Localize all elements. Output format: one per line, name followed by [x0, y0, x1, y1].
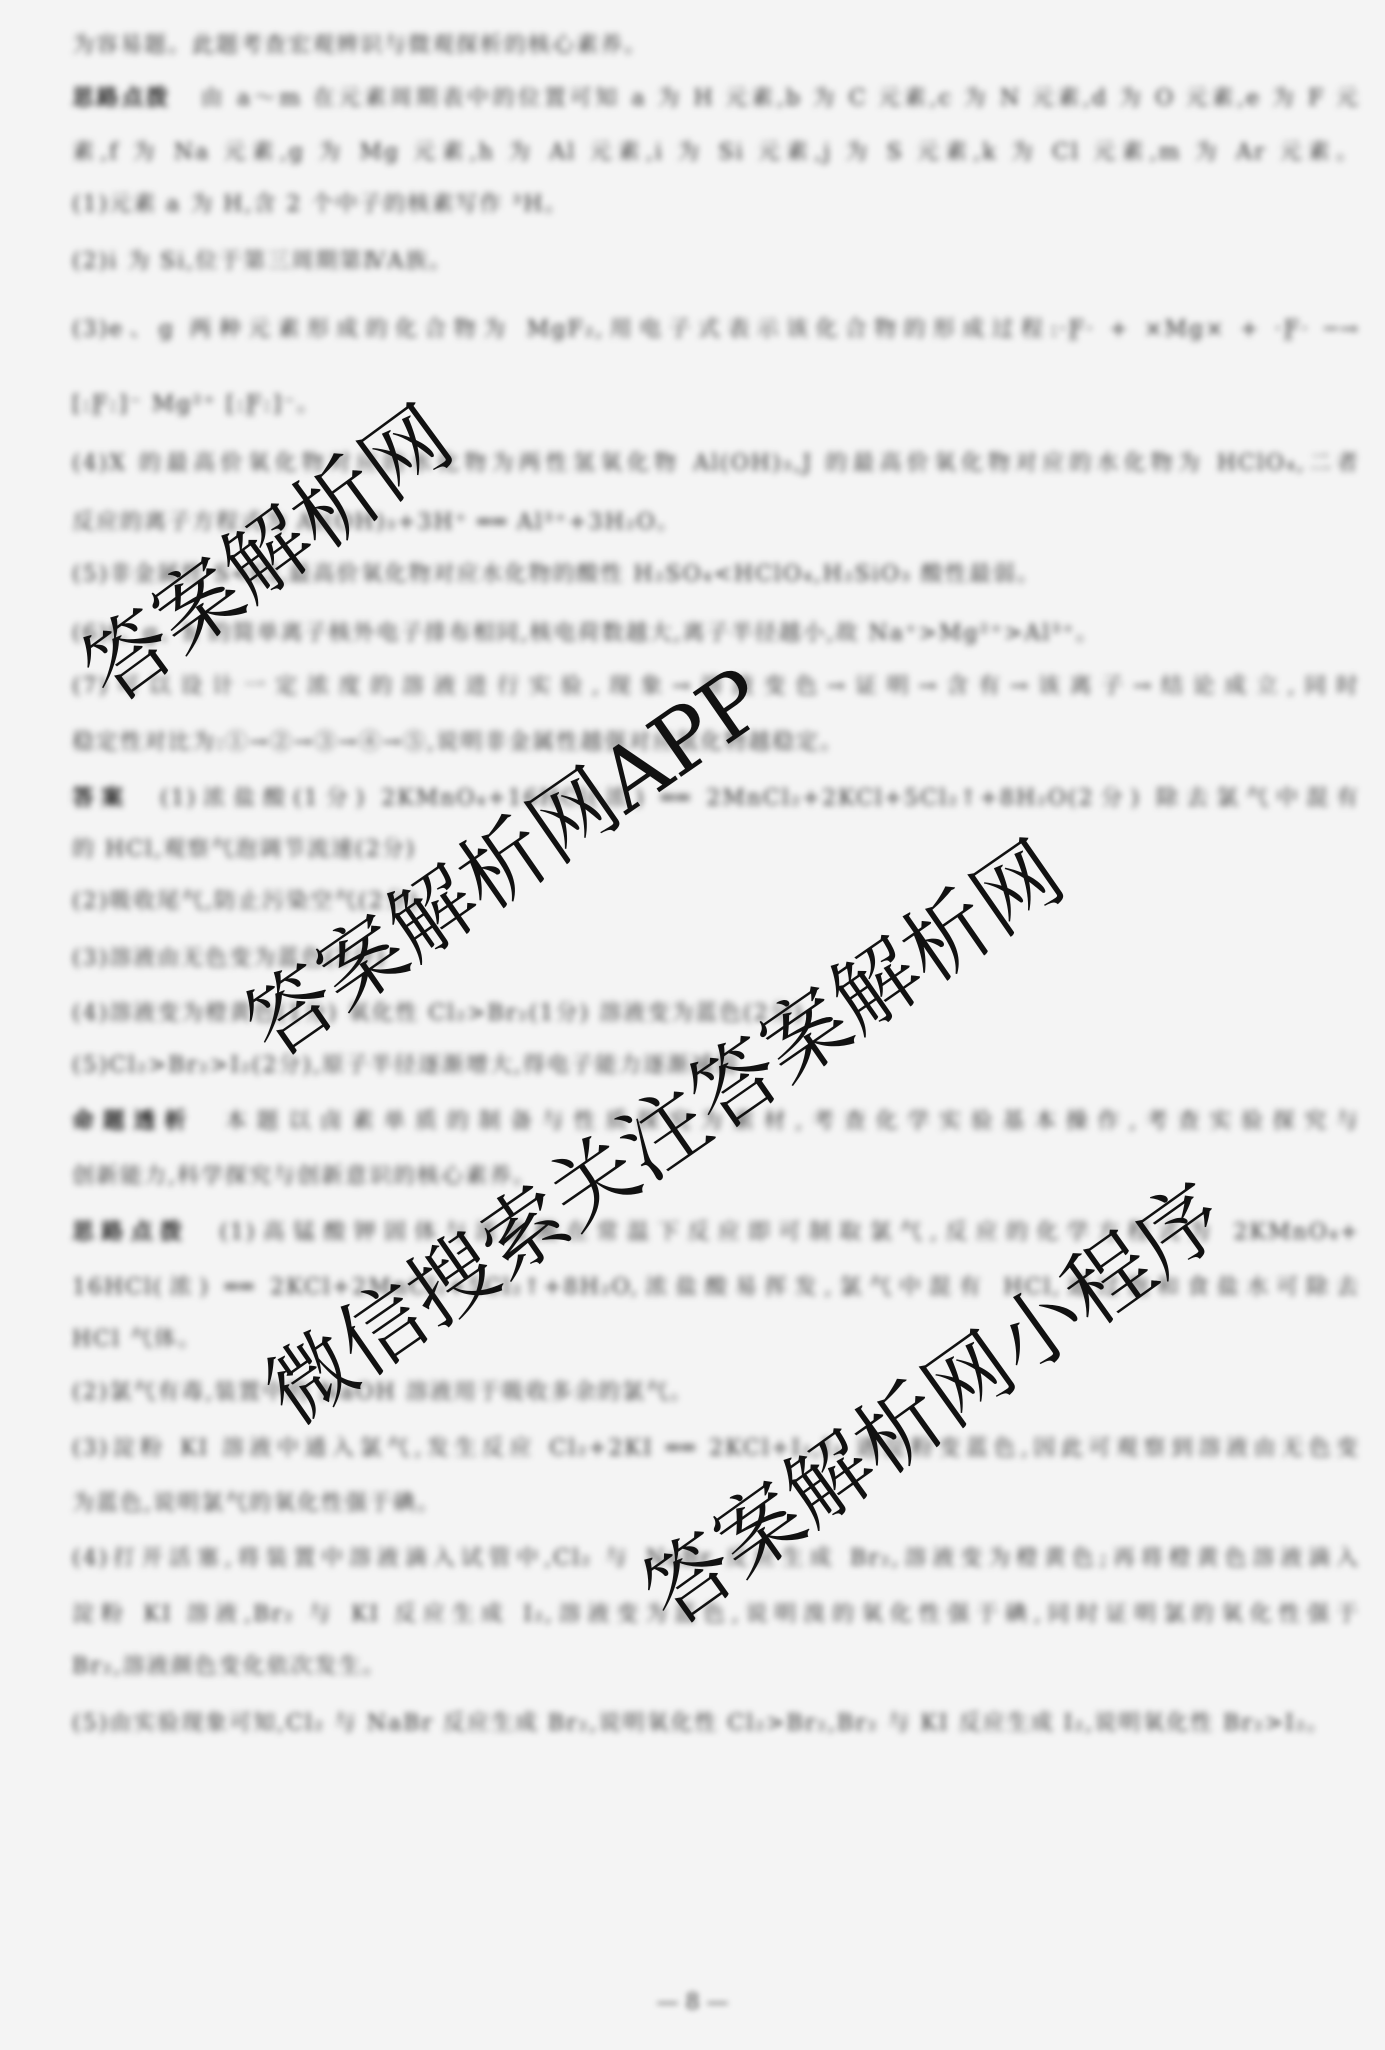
text-line: (6)f、g、h 的简单离子核外电子排布相同,核电荷数越大,离子半径越小,故 N… [72, 619, 1360, 649]
page-number: — 8 — [0, 1990, 1385, 2015]
line-text: (1)元素 a 为 H,含 2 个中子的核素写作 ³H。 [72, 192, 568, 217]
line-text: Br₂,溶液颜色变化依次发生。 [72, 1654, 387, 1679]
text-line: [:F̤:]⁻ Mg²⁺ [:F̤:]⁻。 [72, 390, 1360, 420]
question-18-answer-line: 18.答案(1)浓盐酸(1分) 2KMnO₄+16HCl(浓) ══ 2MnCl… [72, 783, 1360, 813]
line-text: 本题以卤素单质的制备与性质探究为素材,考查化学实验基本操作,考查实验探究与 [225, 1109, 1360, 1134]
answer-label: 答案 [72, 785, 130, 811]
line-text: 为蓝色,说明氯气的氧化性强于碘。 [72, 1491, 441, 1516]
text-line: (3)e、g 两种元素形成的化合物为 MgF₂,用电子式表示该化合物的形成过程:… [72, 315, 1360, 345]
text-line: 为容易题。此题考查宏观辨识与微观探析的核心素养。 [72, 31, 1360, 61]
line-text: 创新能力,科学探究与创新意识的核心素养。 [72, 1164, 537, 1189]
line-text: (1)浓盐酸(1分) 2KMnO₄+16HCl(浓) ══ 2MnCl₂+2KC… [160, 786, 1360, 811]
line-text: 为容易题。此题考查宏观辨识与微观探析的核心素养。 [72, 33, 648, 58]
section-label: 思路点拨 [72, 1219, 189, 1245]
line-text: (3)淀粉 KI 溶液中通入氯气,发生反应 Cl₂+2KI ══ 2KCl+I₂… [72, 1436, 1360, 1461]
text-line: 素,f 为 Na 元素,g 为 Mg 元素,h 为 Al 元素,i 为 Si 元… [72, 138, 1360, 168]
text-line: (5)由实验现象可知,Cl₂ 与 NaBr 反应生成 Br₂,说明氧化性 Cl₂… [72, 1709, 1360, 1739]
line-text: (5)由实验现象可知,Cl₂ 与 NaBr 反应生成 Br₂,说明氧化性 Cl₂… [72, 1711, 1331, 1736]
text-line: (2)i 为 Si,位于第三周期第ⅣA族。 [72, 247, 1360, 277]
line-text: [:F̤:]⁻ Mg²⁺ [:F̤:]⁻。 [72, 392, 321, 417]
section-label: 命题透析 [72, 1108, 195, 1134]
line-text: (5)Cl₂>Br₂>I₂(2分),原子半径逐渐增大,得电子能力逐渐减弱 [72, 1053, 739, 1078]
line-text: (4)X 的最高价氧化物对应的水化物为两性氢氧化物 Al(OH)₃,J 的最高价… [72, 451, 1360, 476]
text-line: (3)淀粉 KI 溶液中通入氯气,发生反应 Cl₂+2KI ══ 2KCl+I₂… [72, 1434, 1360, 1464]
text-line: (4)X 的最高价氧化物对应的水化物为两性氢氧化物 Al(OH)₃,J 的最高价… [72, 449, 1360, 479]
question-number: 18. [72, 783, 76, 813]
text-line: Br₂,溶液颜色变化依次发生。 [72, 1652, 1360, 1682]
line-text: 素,f 为 Na 元素,g 为 Mg 元素,h 为 Al 元素,i 为 Si 元… [72, 140, 1360, 165]
text-line: 的 HCl,观察气泡调节流速(2分) [72, 835, 1360, 865]
line-text: HCl 气体。 [72, 1327, 202, 1352]
text-line: 思路点拨由 a～m 在元素周期表中的位置可知 a 为 H 元素,b 为 C 元素… [72, 83, 1360, 113]
line-text: 由 a～m 在元素周期表中的位置可知 a 为 H 元素,b 为 C 元素,c 为… [201, 86, 1360, 111]
text-line: (2)吸收尾气,防止污染空气(2分) [72, 887, 1360, 917]
line-text: (2)i 为 Si,位于第三周期第ⅣA族。 [72, 249, 453, 274]
document-body: 为容易题。此题考查宏观辨识与微观探析的核心素养。 思路点拨由 a～m 在元素周期… [0, 0, 1385, 2050]
line-text: (4)溶液变为橙黄色(1分) 氧化性 Cl₂>Br₂(1分) 溶液变为蓝色(2分… [72, 1001, 804, 1026]
section-label: 思路点拨 [72, 85, 171, 111]
text-line: (1)元素 a 为 H,含 2 个中子的核素写作 ³H。 [72, 190, 1360, 220]
line-text: (3)e、g 两种元素形成的化合物为 MgF₂,用电子式表示该化合物的形成过程:… [72, 317, 1360, 342]
line-text: 的 HCl,观察气泡调节流速(2分) [72, 837, 416, 862]
